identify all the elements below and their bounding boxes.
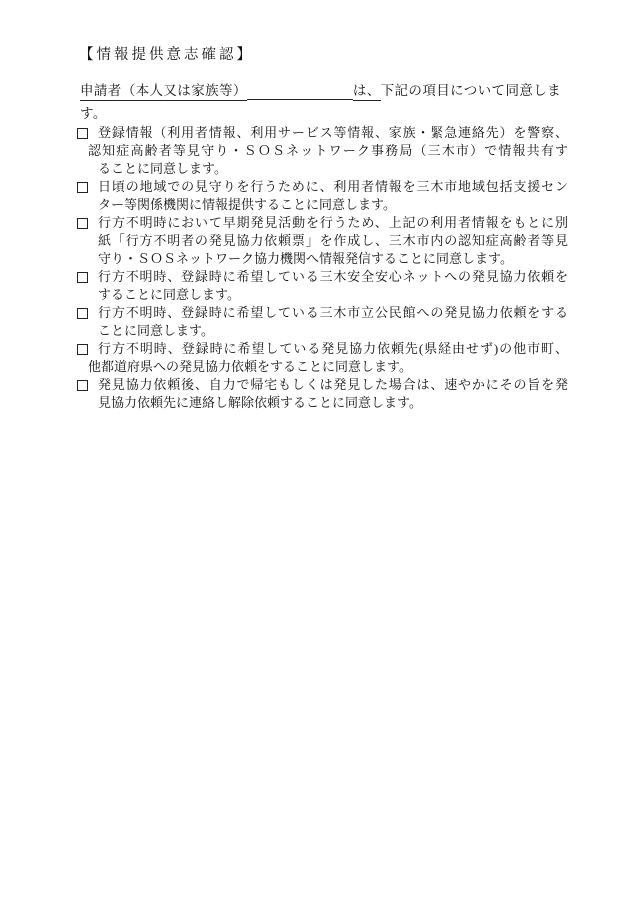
consent-item: 発見協力依頼後、自力で帰宅もしくは発見した場合は、速やかにその旨を発見協力依頼先…: [77, 376, 572, 412]
consent-item: 行方不明時、登録時に希望している発見協力依頼先(県経由せず)の他市町、他都道府県…: [77, 340, 572, 376]
checkbox-unchecked[interactable]: [77, 182, 88, 193]
checkbox-unchecked[interactable]: [77, 218, 88, 229]
consent-document-page: 【情報提供意志確認】 申請者（本人又は家族等）は、下記の項目について同意しま す…: [0, 0, 630, 903]
consent-item-line: 紙「行方不明者の発見協力依頼票」を作成し、三木市内の認知症高齢者等見: [98, 232, 568, 250]
checkbox-unchecked[interactable]: [77, 380, 88, 391]
consent-item-line: 登録情報（利用者情報、利用サービス等情報、家族・緊急連絡先）を警察、: [98, 124, 568, 142]
consent-item-line: ことに同意します。: [98, 322, 568, 340]
consent-item: 日頃の地域での見守りを行うために、利用者情報を三木市地域包括支援センター等関係機…: [77, 178, 572, 214]
consent-item-line: 守り・ＳＯＳネットワーク協力機関へ情報発信することに同意します。: [98, 250, 568, 268]
consent-item-line: 日頃の地域での見守りを行うために、利用者情報を三木市地域包括支援セン: [98, 178, 568, 196]
consent-item: 行方不明時、登録時に希望している三木安全安心ネットへの発見協力依頼をすることに同…: [77, 268, 572, 304]
consent-item-text: 発見協力依頼後、自力で帰宅もしくは発見した場合は、速やかにその旨を発見協力依頼先…: [98, 376, 568, 412]
consent-item-text: 行方不明時において早期発見活動を行うため、上記の利用者情報をもとに別紙「行方不明…: [98, 214, 568, 268]
intro-text-continued: す。: [80, 102, 572, 125]
applicant-name-blank-field[interactable]: [247, 86, 353, 100]
consent-item-line: 行方不明時、登録時に希望している三木安全安心ネットへの発見協力依頼を: [98, 268, 568, 286]
consent-item-line: ター等関係機関に情報提供することに同意します。: [98, 196, 568, 214]
document-title: 【情報提供意志確認】: [79, 43, 254, 64]
checkbox-unchecked[interactable]: [77, 272, 88, 283]
applicant-particle-text: は、: [353, 83, 381, 101]
checkbox-unchecked[interactable]: [77, 128, 88, 139]
consent-item-line: することに同意します。: [98, 286, 568, 304]
consent-item-line: 行方不明時において早期発見活動を行うため、上記の利用者情報をもとに別: [98, 214, 568, 232]
consent-item: 登録情報（利用者情報、利用サービス等情報、家族・緊急連絡先）を警察、認知症高齢者…: [77, 124, 572, 178]
checkbox-unchecked[interactable]: [77, 308, 88, 319]
consent-item-text: 登録情報（利用者情報、利用サービス等情報、家族・緊急連絡先）を警察、認知症高齢者…: [98, 124, 568, 178]
applicant-line: 申請者（本人又は家族等）は、下記の項目について同意しま: [80, 79, 572, 102]
consent-item: 行方不明時において早期発見活動を行うため、上記の利用者情報をもとに別紙「行方不明…: [77, 214, 572, 268]
intro-paragraph: 申請者（本人又は家族等）は、下記の項目について同意しま す。: [80, 79, 572, 125]
consent-item-line: 行方不明時、登録時に希望している発見協力依頼先(県経由せず)の他市町、: [98, 340, 568, 358]
consent-items-list: 登録情報（利用者情報、利用サービス等情報、家族・緊急連絡先）を警察、認知症高齢者…: [77, 124, 572, 412]
intro-text: 下記の項目について同意しま: [381, 83, 561, 98]
consent-item-line: 発見協力依頼後、自力で帰宅もしくは発見した場合は、速やかにその旨を発: [98, 376, 568, 394]
consent-item-line: 見協力依頼先に連絡し解除依頼することに同意します。: [98, 394, 568, 412]
consent-item-line: ることに同意します。: [98, 160, 568, 178]
consent-item-text: 行方不明時、登録時に希望している三木市立公民館への発見協力依頼をすることに同意し…: [98, 304, 568, 340]
checkbox-unchecked[interactable]: [77, 344, 88, 355]
consent-item-line: 認知症高齢者等見守り・ＳＯＳネットワーク事務局（三木市）で情報共有す: [88, 142, 568, 160]
applicant-label: 申請者（本人又は家族等）: [80, 83, 247, 101]
consent-item-line: 行方不明時、登録時に希望している三木市立公民館への発見協力依頼をする: [98, 304, 568, 322]
consent-item: 行方不明時、登録時に希望している三木市立公民館への発見協力依頼をすることに同意し…: [77, 304, 572, 340]
consent-item-line: 他都道府県への発見協力依頼をすることに同意します。: [88, 358, 568, 376]
consent-item-text: 行方不明時、登録時に希望している発見協力依頼先(県経由せず)の他市町、他都道府県…: [98, 340, 568, 376]
consent-item-text: 行方不明時、登録時に希望している三木安全安心ネットへの発見協力依頼をすることに同…: [98, 268, 568, 304]
consent-item-text: 日頃の地域での見守りを行うために、利用者情報を三木市地域包括支援センター等関係機…: [98, 178, 568, 214]
